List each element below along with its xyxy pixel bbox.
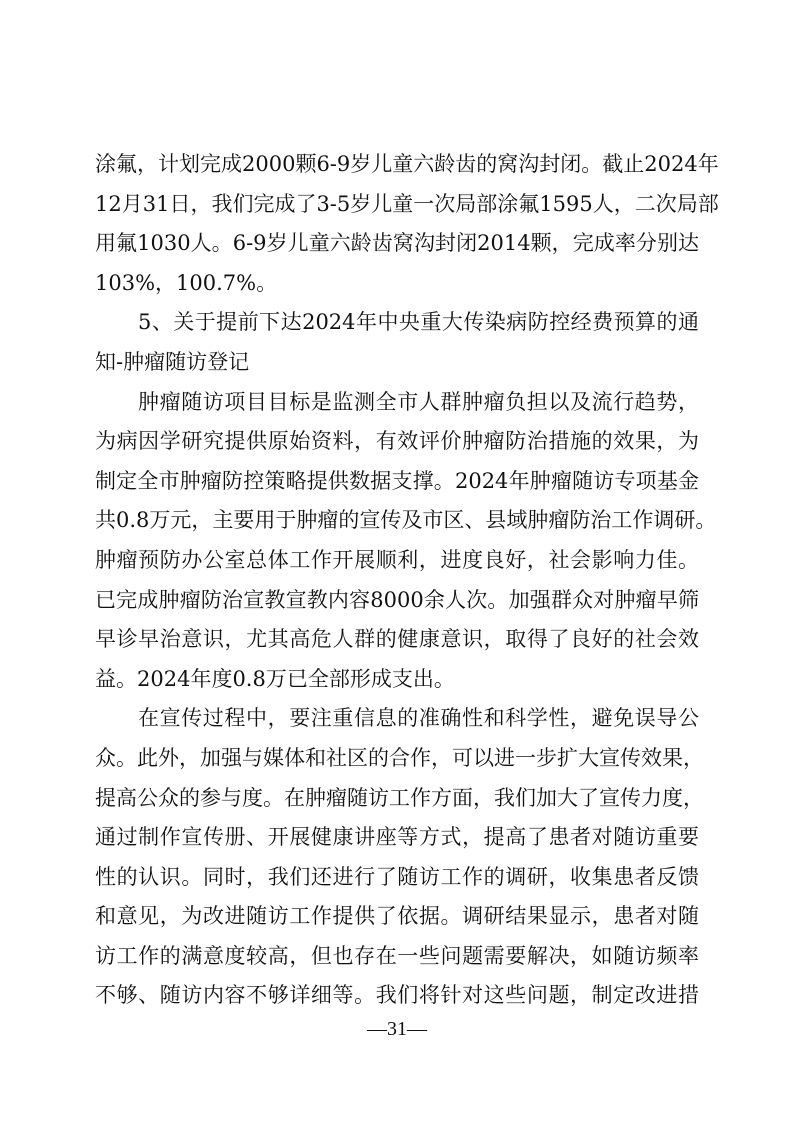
text-line: 通过制作宣传册、开展健康讲座等方式，提高了患者对随访重要: [95, 818, 699, 858]
text-line: 不够、随访内容不够详细等。我们将针对这些问题，制定改进措: [95, 976, 699, 1016]
text-line: 性的认识。同时，我们还进行了随访工作的调研，收集患者反馈: [95, 858, 699, 898]
text-line: 制定全市肿瘤防控策略提供数据支撑。2024年肿瘤随访专项基金: [95, 462, 699, 502]
document-body: 涂氟，计划完成2000颗6-9岁儿童六龄齿的窝沟封闭。截止2024年 12月31…: [95, 145, 699, 1016]
text-line: 103%，100.7%。: [95, 264, 699, 304]
paragraph-fluoride-continued: 涂氟，计划完成2000颗6-9岁儿童六龄齿的窝沟封闭。截止2024年 12月31…: [95, 145, 699, 303]
text-line: 访工作的满意度较高，但也存在一些问题需要解决，如随访频率: [95, 937, 699, 977]
text-line: 和意见，为改进随访工作提供了依据。调研结果显示，患者对随: [95, 897, 699, 937]
text-line: 益。2024年度0.8万已全部形成支出。: [95, 660, 699, 700]
page-number: —31—: [0, 1018, 794, 1041]
text-line: 涂氟，计划完成2000颗6-9岁儿童六龄齿的窝沟封闭。截止2024年: [95, 145, 699, 185]
heading-line: 5、关于提前下达2024年中央重大传染病防控经费预算的通: [95, 303, 699, 343]
text-line: 共0.8万元，主要用于肿瘤的宣传及市区、县域肿瘤防治工作调研。: [95, 501, 699, 541]
text-line: 12月31日，我们完成了3-5岁儿童一次局部涂氟1595人，二次局部: [95, 185, 699, 225]
heading-line: 知-肿瘤随访登记: [95, 343, 699, 383]
text-line: 众。此外，加强与媒体和社区的合作，可以进一步扩大宣传效果，: [95, 739, 699, 779]
text-line: 已完成肿瘤防治宣教宣教内容8000余人次。加强群众对肿瘤早筛: [95, 581, 699, 621]
text-line: 用氟1030人。6-9岁儿童六龄齿窝沟封闭2014颗，完成率分别达: [95, 224, 699, 264]
section-heading-5: 5、关于提前下达2024年中央重大传染病防控经费预算的通 知-肿瘤随访登记: [95, 303, 699, 382]
paragraph-publicity-process: 在宣传过程中，要注重信息的准确性和科学性，避免误导公 众。此外，加强与媒体和社区…: [95, 699, 699, 1016]
text-line: 在宣传过程中，要注重信息的准确性和科学性，避免误导公: [95, 699, 699, 739]
text-line: 提高公众的参与度。在肿瘤随访工作方面，我们加大了宣传力度，: [95, 779, 699, 819]
text-line: 为病因学研究提供原始资料，有效评价肿瘤防治措施的效果，为: [95, 422, 699, 462]
text-line: 肿瘤预防办公室总体工作开展顺利，进度良好，社会影响力佳。: [95, 541, 699, 581]
text-line: 肿瘤随访项目目标是监测全市人群肿瘤负担以及流行趋势，: [95, 383, 699, 423]
text-line: 早诊早治意识，尤其高危人群的健康意识，取得了良好的社会效: [95, 620, 699, 660]
paragraph-tumor-followup-summary: 肿瘤随访项目目标是监测全市人群肿瘤负担以及流行趋势， 为病因学研究提供原始资料，…: [95, 383, 699, 700]
